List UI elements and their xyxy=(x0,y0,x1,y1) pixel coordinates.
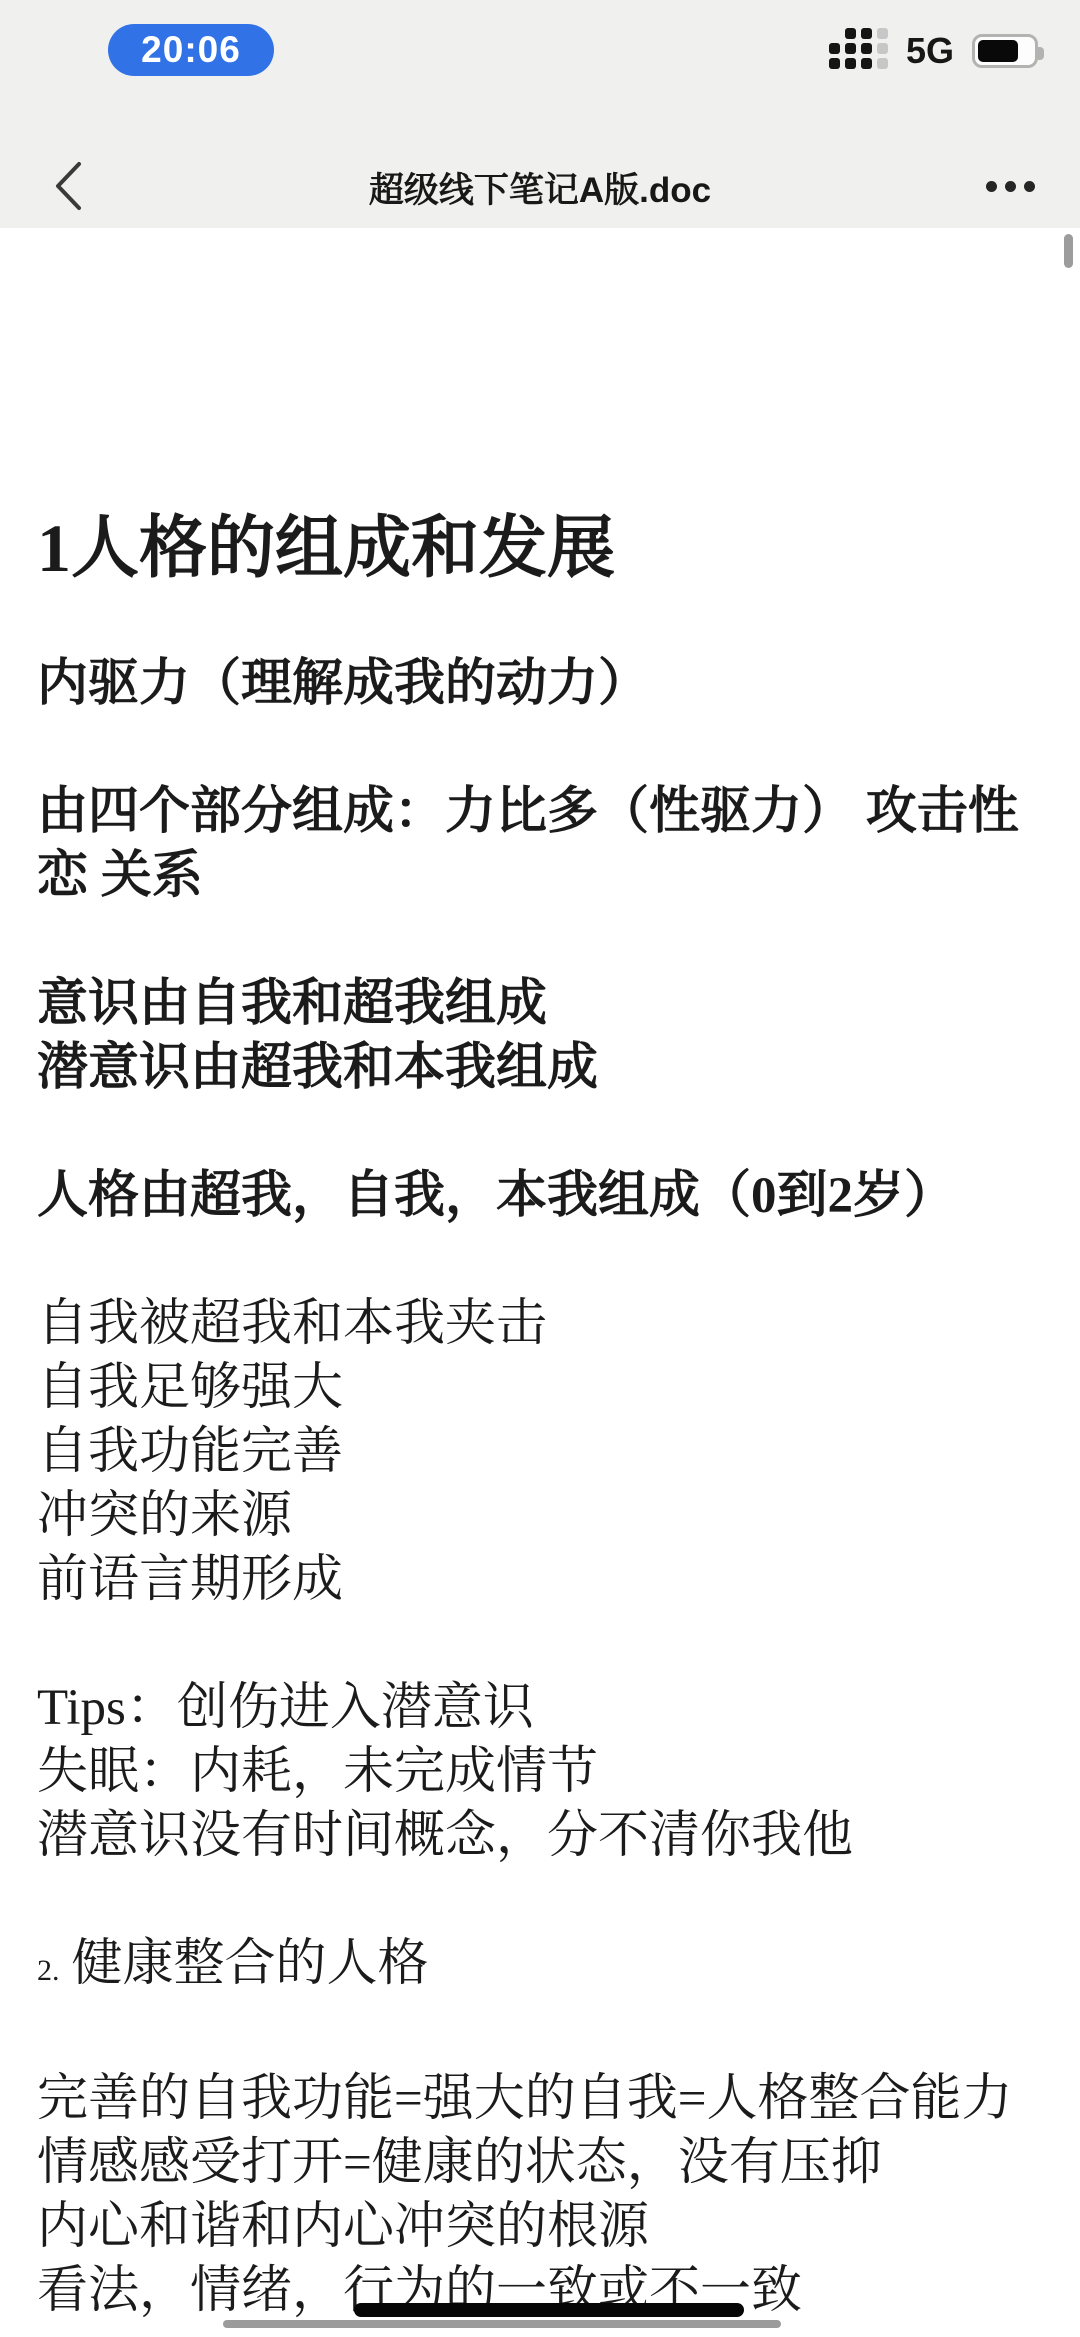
status-and-nav-chrome: 20:06 5G 超级线下笔记A版.doc xyxy=(0,0,1080,228)
nav-bar: 超级线下笔记A版.doc xyxy=(0,148,1080,228)
text-line: 意识由自我和超我组成 xyxy=(37,972,1080,1036)
more-options-button[interactable] xyxy=(972,166,1048,206)
text-line: 健康整合的人格 xyxy=(72,1936,429,1992)
text-line: 人格由超我，自我，本我组成（0到2岁） xyxy=(37,1164,1080,1228)
text-line: 内心和谐和内心冲突的根源 xyxy=(37,2195,1080,2259)
text-line: 内驱力（理解成我的动力） xyxy=(37,652,1080,716)
text-line: 自我被超我和本我夹击 xyxy=(37,1292,1080,1356)
paragraph: Tips：创伤进入潜意识失眠：内耗，未完成情节潜意识没有时间概念，分不清你我他 xyxy=(37,1676,1080,1868)
document-viewer[interactable]: 1人格的组成和发展 内驱力（理解成我的动力）由四个部分组成：力比多（性驱力） 攻… xyxy=(0,228,1080,2337)
document-title: 超级线下笔记A版.doc xyxy=(140,163,940,213)
heading-number: 1 xyxy=(37,510,71,586)
vertical-scrollbar-thumb[interactable] xyxy=(1064,234,1073,268)
heading-text: 人格的组成和发展 xyxy=(71,510,615,586)
status-indicators: 5G xyxy=(829,26,1038,76)
text-line: 冲突的来源 xyxy=(37,1484,1080,1548)
horizontal-scrollbar-bar[interactable] xyxy=(223,2320,781,2328)
text-line: 失眠：内耗，未完成情节 xyxy=(37,1740,1080,1804)
paragraph: 意识由自我和超我组成潜意识由超我和本我组成 xyxy=(37,972,1080,1100)
text-line: 自我足够强大 xyxy=(37,1356,1080,1420)
text-line: 完善的自我功能=强大的自我=人格整合能力 xyxy=(37,2067,1080,2131)
text-line: 由四个部分组成：力比多（性驱力） 攻击性 xyxy=(37,780,1080,844)
paragraph: 由四个部分组成：力比多（性驱力） 攻击性恋 关系 xyxy=(37,780,1080,908)
doc-heading: 1人格的组成和发展 xyxy=(37,508,1080,588)
text-line: 前语言期形成 xyxy=(37,1548,1080,1612)
back-button[interactable] xyxy=(40,154,96,218)
document-body: 内驱力（理解成我的动力）由四个部分组成：力比多（性驱力） 攻击性恋 关系意识由自… xyxy=(37,652,1080,2323)
battery-icon xyxy=(972,34,1038,68)
text-line: Tips：创伤进入潜意识 xyxy=(37,1676,1080,1740)
text-line: 恋 关系 xyxy=(37,844,1080,908)
cellular-signal-icon xyxy=(829,31,888,71)
ellipsis-icon xyxy=(986,181,997,192)
network-type-label: 5G xyxy=(906,30,954,72)
paragraph: 完善的自我功能=强大的自我=人格整合能力情感感受打开=健康的状态，没有压抑内心和… xyxy=(37,2067,1080,2323)
text-line: 潜意识没有时间概念，分不清你我他 xyxy=(37,1804,1080,1868)
paragraph: 人格由超我，自我，本我组成（0到2岁） xyxy=(37,1164,1080,1228)
text-line: 潜意识由超我和本我组成 xyxy=(37,1036,1080,1100)
home-indicator-bar xyxy=(354,2303,744,2317)
status-bar: 20:06 5G xyxy=(0,0,1080,100)
text-line: 情感感受打开=健康的状态，没有压抑 xyxy=(37,2131,1080,2195)
text-line: 自我功能完善 xyxy=(37,1420,1080,1484)
chevron-left-icon xyxy=(53,160,83,212)
clock-text: 20:06 xyxy=(141,29,241,71)
paragraph: 内驱力（理解成我的动力） xyxy=(37,652,1080,716)
list-number: 2. xyxy=(37,1954,60,1987)
time-pill[interactable]: 20:06 xyxy=(108,24,274,76)
paragraph: 2.健康整合的人格 xyxy=(37,1932,1080,2003)
paragraph: 自我被超我和本我夹击自我足够强大自我功能完善冲突的来源前语言期形成 xyxy=(37,1292,1080,1612)
